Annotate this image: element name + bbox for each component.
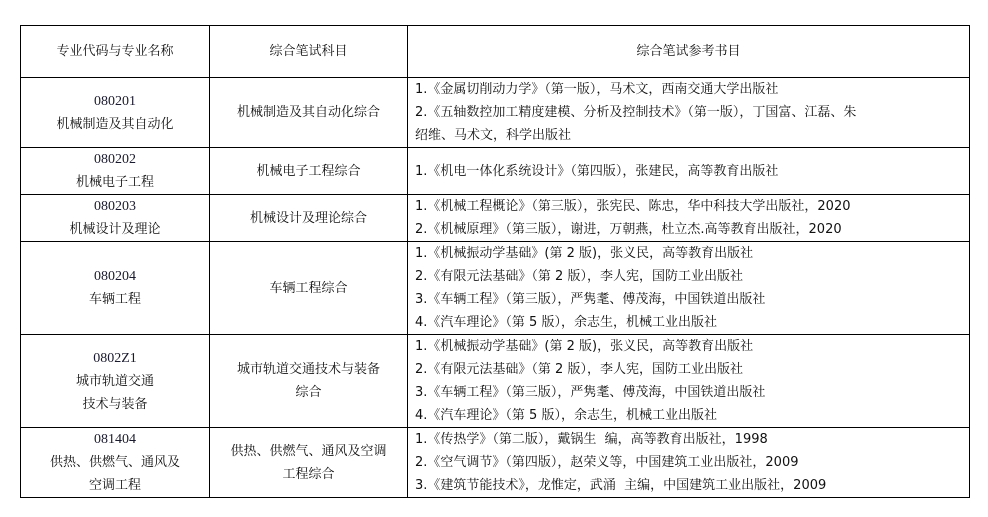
subject-name: 机械电子工程综合 — [210, 160, 407, 183]
subject-cell: 机械电子工程综合 — [210, 148, 408, 195]
book-item: 1.《机电一体化系统设计》（第四版），张建民，高等教育出版社 — [415, 160, 969, 183]
table-row: 080201 机械制造及其自动化 机械制造及其自动化综合 1.《金属切削动力学》… — [21, 78, 970, 148]
major-code: 080203 — [21, 195, 209, 218]
table-row: 080203 机械设计及理论 机械设计及理论综合 1.《机械工程概论》（第三版）… — [21, 195, 970, 242]
major-code: 080202 — [21, 148, 209, 171]
book-item: 1.《机械振动学基础》(第 2 版)，张义民，高等教育出版社 — [415, 242, 969, 265]
subject-name: 机械设计及理论综合 — [210, 207, 407, 230]
book-item: 1.《机械工程概论》（第三版），张宪民、陈忠，华中科技大学出版社，2020 — [415, 195, 969, 218]
major-name: 机械设计及理论 — [21, 218, 209, 241]
books-cell: 1.《机械振动学基础》(第 2 版)，张义民，高等教育出版社 2.《有限元法基础… — [408, 242, 970, 335]
major-name: 车辆工程 — [21, 288, 209, 311]
book-item: 4.《汽车理论》（第 5 版），余志生，机械工业出版社 — [415, 404, 969, 427]
subject-name: 城市轨道交通技术与装备 — [210, 358, 407, 381]
book-item: 1.《金属切削动力学》（第一版），马术文，西南交通大学出版社 — [415, 78, 969, 101]
books-cell: 1.《金属切削动力学》（第一版），马术文，西南交通大学出版社 2.《五轴数控加工… — [408, 78, 970, 148]
books-cell: 1.《机电一体化系统设计》（第四版），张建民，高等教育出版社 — [408, 148, 970, 195]
subject-cell: 机械制造及其自动化综合 — [210, 78, 408, 148]
major-cell: 080203 机械设计及理论 — [21, 195, 210, 242]
book-item: 1.《机械振动学基础》(第 2 版)，张义民，高等教育出版社 — [415, 335, 969, 358]
major-cell: 080201 机械制造及其自动化 — [21, 78, 210, 148]
major-name: 城市轨道交通 — [21, 370, 209, 393]
major-code: 081404 — [21, 428, 209, 451]
subject-name: 供热、供燃气、通风及空调 — [210, 440, 407, 463]
major-name: 技术与装备 — [21, 393, 209, 416]
book-item: 3.《建筑节能技术》，龙惟定，武涌 主编，中国建筑工业出版社，2009 — [415, 474, 969, 497]
books-cell: 1.《机械工程概论》（第三版），张宪民、陈忠，华中科技大学出版社，2020 2.… — [408, 195, 970, 242]
subject-name: 综合 — [210, 381, 407, 404]
reference-books-table: 专业代码与专业名称 综合笔试科目 综合笔试参考书目 080201 机械制造及其自… — [20, 25, 970, 498]
major-name: 机械制造及其自动化 — [21, 113, 209, 136]
header-books: 综合笔试参考书目 — [408, 26, 970, 78]
table-row: 080204 车辆工程 车辆工程综合 1.《机械振动学基础》(第 2 版)，张义… — [21, 242, 970, 335]
book-item: 4.《汽车理论》（第 5 版），余志生，机械工业出版社 — [415, 311, 969, 334]
book-item: 1.《传热学》（第二版），戴锅生 编，高等教育出版社，1998 — [415, 428, 969, 451]
subject-cell: 车辆工程综合 — [210, 242, 408, 335]
book-item: 2.《机械原理》（第三版），谢进，万朝燕，杜立杰.高等教育出版社，2020 — [415, 218, 969, 241]
book-item: 2.《有限元法基础》（第 2 版），李人宪，国防工业出版社 — [415, 358, 969, 381]
major-cell: 080204 车辆工程 — [21, 242, 210, 335]
major-name: 空调工程 — [21, 474, 209, 497]
header-subject: 综合笔试科目 — [210, 26, 408, 78]
major-code: 080204 — [21, 265, 209, 288]
subject-name: 车辆工程综合 — [210, 277, 407, 300]
subject-cell: 供热、供燃气、通风及空调 工程综合 — [210, 428, 408, 498]
table-row: 0802Z1 城市轨道交通 技术与装备 城市轨道交通技术与装备 综合 1.《机械… — [21, 335, 970, 428]
major-cell: 080202 机械电子工程 — [21, 148, 210, 195]
major-name: 机械电子工程 — [21, 171, 209, 194]
subject-name: 工程综合 — [210, 463, 407, 486]
major-name: 供热、供燃气、通风及 — [21, 451, 209, 474]
book-item: 3.《车辆工程》（第三版），严隽耄、傅茂海，中国铁道出版社 — [415, 381, 969, 404]
subject-cell: 城市轨道交通技术与装备 综合 — [210, 335, 408, 428]
subject-cell: 机械设计及理论综合 — [210, 195, 408, 242]
table-row: 081404 供热、供燃气、通风及 空调工程 供热、供燃气、通风及空调 工程综合… — [21, 428, 970, 498]
major-cell: 081404 供热、供燃气、通风及 空调工程 — [21, 428, 210, 498]
header-major: 专业代码与专业名称 — [21, 26, 210, 78]
major-code: 0802Z1 — [21, 347, 209, 370]
book-item: 绍维、马术文，科学出版社 — [415, 124, 969, 147]
book-item: 3.《车辆工程》（第三版），严隽耄、傅茂海，中国铁道出版社 — [415, 288, 969, 311]
book-item: 2.《空气调节》（第四版），赵荣义等，中国建筑工业出版社，2009 — [415, 451, 969, 474]
table-row: 080202 机械电子工程 机械电子工程综合 1.《机电一体化系统设计》（第四版… — [21, 148, 970, 195]
header-row: 专业代码与专业名称 综合笔试科目 综合笔试参考书目 — [21, 26, 970, 78]
books-cell: 1.《传热学》（第二版），戴锅生 编，高等教育出版社，1998 2.《空气调节》… — [408, 428, 970, 498]
books-cell: 1.《机械振动学基础》(第 2 版)，张义民，高等教育出版社 2.《有限元法基础… — [408, 335, 970, 428]
book-item: 2.《有限元法基础》（第 2 版），李人宪，国防工业出版社 — [415, 265, 969, 288]
book-item: 2.《五轴数控加工精度建模、分析及控制技术》（第一版），丁国富、江磊、朱 — [415, 101, 969, 124]
major-code: 080201 — [21, 90, 209, 113]
major-cell: 0802Z1 城市轨道交通 技术与装备 — [21, 335, 210, 428]
subject-name: 机械制造及其自动化综合 — [210, 101, 407, 124]
